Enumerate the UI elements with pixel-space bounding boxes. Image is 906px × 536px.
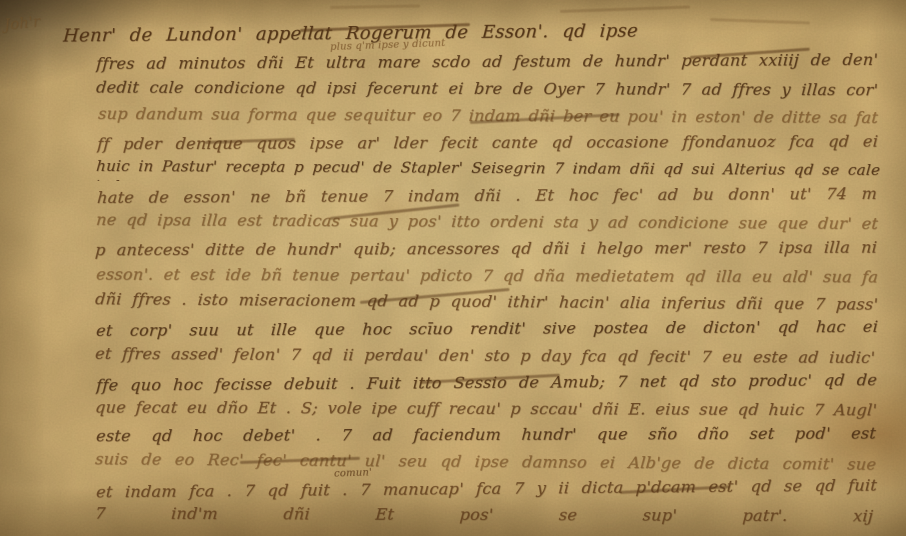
manuscript-line: 7 ind'm dñi Et pos' se sup' patr'. xij — [94, 504, 874, 531]
interlinear-addition: comun' — [334, 467, 372, 479]
manuscript-line: p antecess' ditte de hundr' quib; ancess… — [94, 238, 878, 265]
manuscript-line: suis de eo Rec' fec' cantu' ul' seu qd i… — [94, 449, 877, 478]
pen-flourish-stroke — [560, 5, 690, 13]
manuscript-line: ffe quo hoc fecisse debuit . Fuit itto S… — [95, 370, 877, 399]
manuscript-line: ff pder denique quos ipse ar' lder fecit… — [96, 132, 879, 159]
manuscript-line: et indam fca . 7 qd fuit . 7 manucap' fc… — [95, 476, 877, 507]
manuscript-line: et corp' suu ut ille que hoc scīuo rendi… — [95, 317, 879, 345]
manuscript-line: hate de esson' ne bñ tenue 7 indam dñi .… — [96, 184, 878, 212]
manuscript-line: que fecat eu dño Et . S; vole ipe cuff r… — [94, 398, 878, 425]
manuscript-line: ne qd ipsa illa est tradicas sua y pos' … — [95, 210, 879, 238]
manuscript-photo: Joh'r Henr' de Lundon' appellat Rogerum … — [0, 0, 906, 536]
manuscript-line: dñi ffres . isto miseracionem qd ad p qu… — [94, 289, 879, 318]
manuscript-text-block: Henr' de Lundon' appellat Rogerum de Ess… — [0, 0, 906, 536]
pen-flourish-stroke — [710, 18, 810, 24]
manuscript-line: huic in Pastur' recepta p pecud' de Stap… — [95, 157, 881, 185]
manuscript-line: sup dandum sua forma que sequitur eo 7 i… — [97, 104, 879, 132]
pen-flourish-stroke — [330, 4, 420, 9]
manuscript-line: ffres ad minutos dñi Et ultra mare scdo … — [95, 50, 879, 78]
manuscript-line: este qd hoc debet' . 7 ad faciendum hund… — [95, 424, 877, 451]
manuscript-line: esson'. et est ide bñ tenue pertau' pdic… — [95, 265, 879, 292]
manuscript-line: dedit cale condicione qd ipsi fecerunt e… — [95, 78, 879, 105]
manuscript-line: et ffres assed' felon' 7 qd ii perdau' d… — [94, 344, 876, 372]
